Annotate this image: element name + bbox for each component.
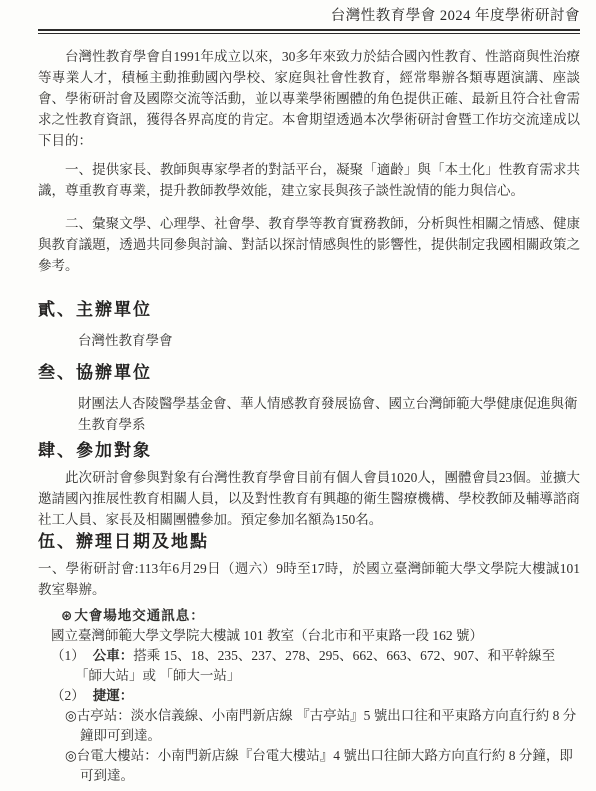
goal-paragraph-2: 二、彙聚文學、心理學、社會學、教育學等教育實務教師，分析與性相關之情感、健康與教… xyxy=(38,213,580,276)
document-page: 台灣性教育學會 2024 年度學術研討會 台灣性教育學會自1991年成立以來，3… xyxy=(0,0,596,791)
mrt-station-guting: ◎古亭站：淡水信義線、小南門新店線 『古亭站』5 號出口往和平東路方向直行約 8… xyxy=(65,706,580,746)
venue-address: 國立臺灣師範大學文學院大樓誠 101 教室（台北市和平東路一段 162 號） xyxy=(51,626,580,646)
mrt-station-taipower: ◎台電大樓站：小南門新店線『台電大樓站』4 號出口往師大路方向直行約 8 分鐘，… xyxy=(65,746,580,786)
double-circle-bullet-icon: ◎ xyxy=(65,708,77,724)
goal-paragraph-1: 一、提供家長、教師與專家學者的對話平台，凝聚「適齡」與「本土化」性教育需求共識，… xyxy=(38,159,580,201)
mrt-label: 捷運： xyxy=(93,688,134,703)
mrt-station-taipower-text: 台電大樓站：小南門新店線『台電大樓站』4 號出口往師大路方向直行約 8 分鐘，即… xyxy=(77,748,573,783)
section-heading-co-organizer: 叁、協辦單位 xyxy=(38,361,580,385)
double-circle-bullet-icon: ◎ xyxy=(65,748,77,764)
schedule-item-1: 一、學術研討會:113年6月29日（週六）9時至17時，於國立臺灣師範大學文學院… xyxy=(38,558,580,600)
bus-label: 公車： xyxy=(93,648,134,663)
bus-item: （1）公車：搭乘 15、18、235、237、278、295、662、663、6… xyxy=(51,646,580,686)
participants-body: 此次研討會參與對象有台灣性教育學會目前有個人會員1020人，團體會員23個。並擴… xyxy=(38,467,580,530)
mrt-item-number: （2） xyxy=(51,688,85,703)
section-heading-participants: 肆、參加對象 xyxy=(38,439,580,463)
flower-bullet-icon: ⊛ xyxy=(61,608,73,624)
bus-routes-text: 搭乘 15、18、235、237、278、295、662、663、672、907… xyxy=(75,648,555,683)
traffic-heading: ⊛大會場地交通訊息： xyxy=(61,606,580,626)
traffic-heading-text: 大會場地交通訊息： xyxy=(74,608,205,623)
intro-paragraph: 台灣性教育學會自1991年成立以來，30多年來致力於結合國內性教育、性諮商與性治… xyxy=(38,46,580,151)
organizer-body: 台灣性教育學會 xyxy=(78,330,580,351)
section-heading-organizer: 貳、主辦單位 xyxy=(38,298,580,322)
co-organizer-body: 財團法人杏陵醫學基金會、華人情感教育發展協會、國立台灣師範大學健康促進與衛生教育… xyxy=(78,393,580,435)
mrt-item-header: （2）捷運： xyxy=(51,686,580,706)
traffic-info-block: ⊛大會場地交通訊息： 國立臺灣師範大學文學院大樓誠 101 教室（台北市和平東路… xyxy=(51,606,580,786)
header-title: 台灣性教育學會 2024 年度學術研討會 xyxy=(38,6,580,26)
document-body: 台灣性教育學會自1991年成立以來，30多年來致力於結合國內性教育、性諮商與性治… xyxy=(0,34,596,786)
section-heading-date-location: 伍、辦理日期及地點 xyxy=(38,530,580,554)
bus-item-number: （1） xyxy=(51,648,85,663)
page-header: 台灣性教育學會 2024 年度學術研討會 xyxy=(38,0,580,34)
mrt-station-guting-text: 古亭站：淡水信義線、小南門新店線 『古亭站』5 號出口往和平東路方向直行約 8 … xyxy=(77,708,577,743)
